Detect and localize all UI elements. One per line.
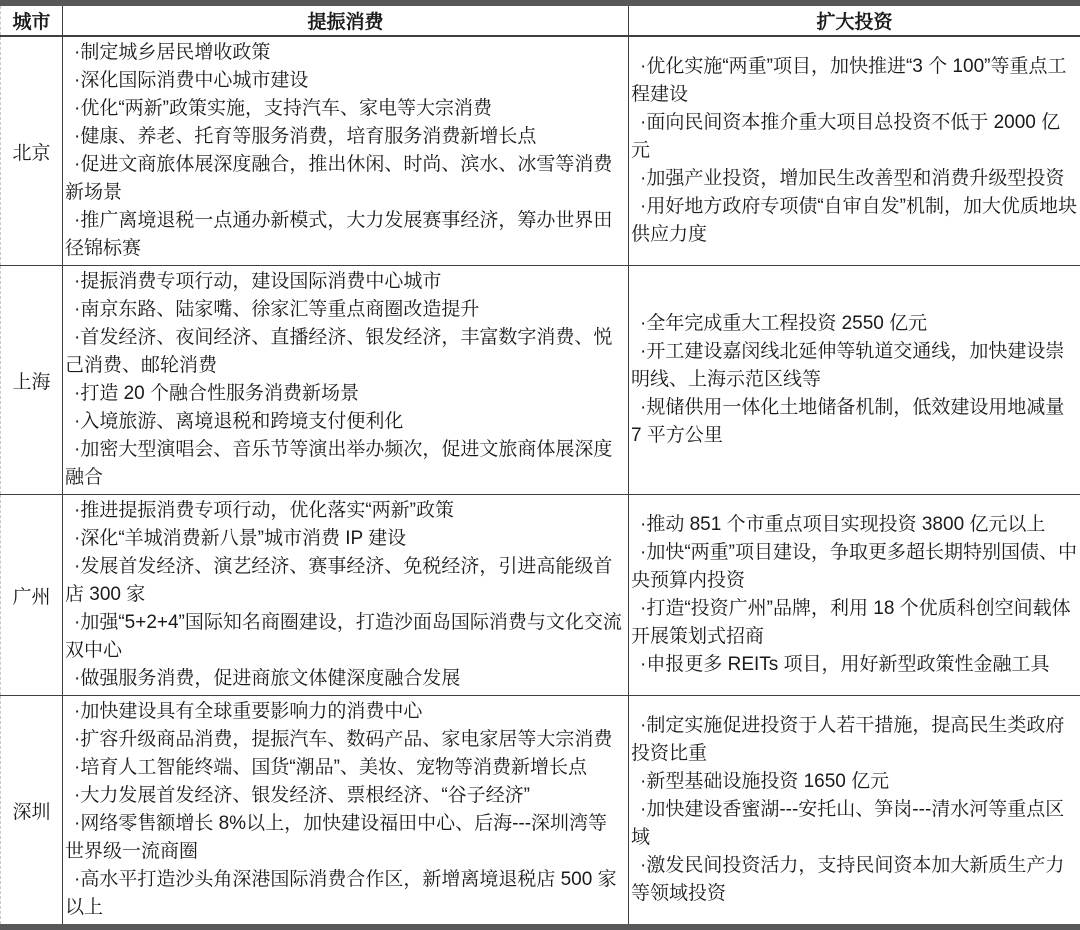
bullet-item: ·加密大型演唱会、音乐节等演出举办频次，促进文旅商体展深度融合 <box>65 436 626 492</box>
cell-investment: ·全年完成重大工程投资 2550 亿元·开工建设嘉闵线北延伸等轨道交通线，加快建… <box>629 266 1080 495</box>
bullet-item: ·用好地方政府专项债“自审自发”机制，加大优质地块供应力度 <box>631 193 1078 249</box>
bullet-item: ·加快“两重”项目建设，争取更多超长期特别国债、中央预算内投资 <box>631 539 1078 595</box>
table-row-shanghai: 上海 ·提振消费专项行动，建设国际消费中心城市·南京东路、陆家嘴、徐家汇等重点商… <box>1 266 1080 495</box>
bullet-item: ·加快建设具有全球重要影响力的消费中心 <box>65 698 626 726</box>
bullet-item: ·推动 851 个市重点项目实现投资 3800 亿元以上 <box>631 511 1078 539</box>
bullet-item: ·制定实施促进投资于人若干措施，提高民生类政府投资比重 <box>631 712 1078 768</box>
bullet-item: ·激发民间投资活力，支持民间资本加大新质生产力等领域投资 <box>631 852 1078 908</box>
table-row-shenzhen: 深圳 ·加快建设具有全球重要影响力的消费中心·扩容升级商品消费，提振汽车、数码产… <box>1 696 1080 925</box>
bullet-item: ·大力发展首发经济、银发经济、票根经济、“谷子经济” <box>65 782 626 810</box>
city-label: 深圳 <box>1 696 63 925</box>
bullet-item: ·开工建设嘉闵线北延伸等轨道交通线，加快建设崇明线、上海示范区线等 <box>631 338 1078 394</box>
bullet-item: ·加快建设香蜜湖---安托山、笋岗---清水河等重点区域 <box>631 796 1078 852</box>
bullet-item: ·优化实施“两重”项目，加快推进“3 个 100”等重点工程建设 <box>631 53 1078 109</box>
bullet-item: ·发展首发经济、演艺经济、赛事经济、免税经济，引进高能级首店 300 家 <box>65 553 626 609</box>
bullet-item: ·促进文商旅体展深度融合，推出休闲、时尚、滨水、冰雪等消费新场景 <box>65 151 626 207</box>
city-label: 上海 <box>1 266 63 495</box>
bullet-item: ·全年完成重大工程投资 2550 亿元 <box>631 310 1078 338</box>
cell-investment: ·推动 851 个市重点项目实现投资 3800 亿元以上·加快“两重”项目建设，… <box>629 495 1080 696</box>
policy-table-sheet: 城市 提振消费 扩大投资 北京 ·制定城乡居民增收政策·深化国际消费中心城市建设… <box>0 0 1080 930</box>
bullet-item: ·提振消费专项行动，建设国际消费中心城市 <box>65 268 626 296</box>
bullet-item: ·推广离境退税一点通办新模式，大力发展赛事经济，筹办世界田径锦标赛 <box>65 207 626 263</box>
cell-consumption: ·提振消费专项行动，建设国际消费中心城市·南京东路、陆家嘴、徐家汇等重点商圈改造… <box>63 266 629 495</box>
bullet-item: ·推进提振消费专项行动，优化落实“两新”政策 <box>65 497 626 525</box>
bullet-item: ·培育人工智能终端、国货“潮品”、美妆、宠物等消费新增长点 <box>65 754 626 782</box>
column-header-consumption: 提振消费 <box>63 6 629 36</box>
city-label: 北京 <box>1 36 63 266</box>
cell-investment: ·优化实施“两重”项目，加快推进“3 个 100”等重点工程建设·面向民间资本推… <box>629 36 1080 266</box>
bullet-item: ·加强产业投资，增加民生改善型和消费升级型投资 <box>631 165 1078 193</box>
bullet-item: ·打造“投资广州”品牌，利用 18 个优质科创空间载体开展策划式招商 <box>631 595 1078 651</box>
table-row-beijing: 北京 ·制定城乡居民增收政策·深化国际消费中心城市建设·优化“两新”政策实施，支… <box>1 36 1080 266</box>
table-header: 城市 提振消费 扩大投资 <box>1 6 1080 36</box>
city-policy-table: 城市 提振消费 扩大投资 北京 ·制定城乡居民增收政策·深化国际消费中心城市建设… <box>0 6 1080 924</box>
cell-investment: ·制定实施促进投资于人若干措施，提高民生类政府投资比重·新型基础设施投资 165… <box>629 696 1080 925</box>
bullet-item: ·申报更多 REITs 项目，用好新型政策性金融工具 <box>631 651 1078 679</box>
bullet-item: ·高水平打造沙头角深港国际消费合作区，新增离境退税店 500 家以上 <box>65 866 626 922</box>
bullet-item: ·规储供用一体化土地储备机制，低效建设用地减量 7 平方公里 <box>631 394 1078 450</box>
bottom-divider-bar <box>0 924 1080 930</box>
table-row-guangzhou: 广州 ·推进提振消费专项行动，优化落实“两新”政策·深化“羊城消费新八景”城市消… <box>1 495 1080 696</box>
cell-consumption: ·加快建设具有全球重要影响力的消费中心·扩容升级商品消费，提振汽车、数码产品、家… <box>63 696 629 925</box>
column-header-investment: 扩大投资 <box>629 6 1080 36</box>
bullet-item: ·南京东路、陆家嘴、徐家汇等重点商圈改造提升 <box>65 296 626 324</box>
bullet-item: ·入境旅游、离境退税和跨境支付便利化 <box>65 408 626 436</box>
bullet-item: ·制定城乡居民增收政策 <box>65 39 626 67</box>
bullet-item: ·加强“5+2+4”国际知名商圈建设，打造沙面岛国际消费与文化交流双中心 <box>65 609 626 665</box>
bullet-item: ·首发经济、夜间经济、直播经济、银发经济，丰富数字消费、悦己消费、邮轮消费 <box>65 324 626 380</box>
bullet-item: ·打造 20 个融合性服务消费新场景 <box>65 380 626 408</box>
header-row: 城市 提振消费 扩大投资 <box>1 6 1080 36</box>
bullet-item: ·网络零售额增长 8%以上，加快建设福田中心、后海---深圳湾等世界级一流商圈 <box>65 810 626 866</box>
bullet-item: ·深化“羊城消费新八景”城市消费 IP 建设 <box>65 525 626 553</box>
bullet-item: ·做强服务消费，促进商旅文体健深度融合发展 <box>65 665 626 693</box>
bullet-item: ·面向民间资本推介重大项目总投资不低于 2000 亿元 <box>631 109 1078 165</box>
cell-consumption: ·推进提振消费专项行动，优化落实“两新”政策·深化“羊城消费新八景”城市消费 I… <box>63 495 629 696</box>
bullet-item: ·健康、养老、托育等服务消费，培育服务消费新增长点 <box>65 123 626 151</box>
bullet-item: ·扩容升级商品消费，提振汽车、数码产品、家电家居等大宗消费 <box>65 726 626 754</box>
city-label: 广州 <box>1 495 63 696</box>
cell-consumption: ·制定城乡居民增收政策·深化国际消费中心城市建设·优化“两新”政策实施，支持汽车… <box>63 36 629 266</box>
column-header-city: 城市 <box>1 6 63 36</box>
bullet-item: ·优化“两新”政策实施，支持汽车、家电等大宗消费 <box>65 95 626 123</box>
bullet-item: ·新型基础设施投资 1650 亿元 <box>631 768 1078 796</box>
bullet-item: ·深化国际消费中心城市建设 <box>65 67 626 95</box>
